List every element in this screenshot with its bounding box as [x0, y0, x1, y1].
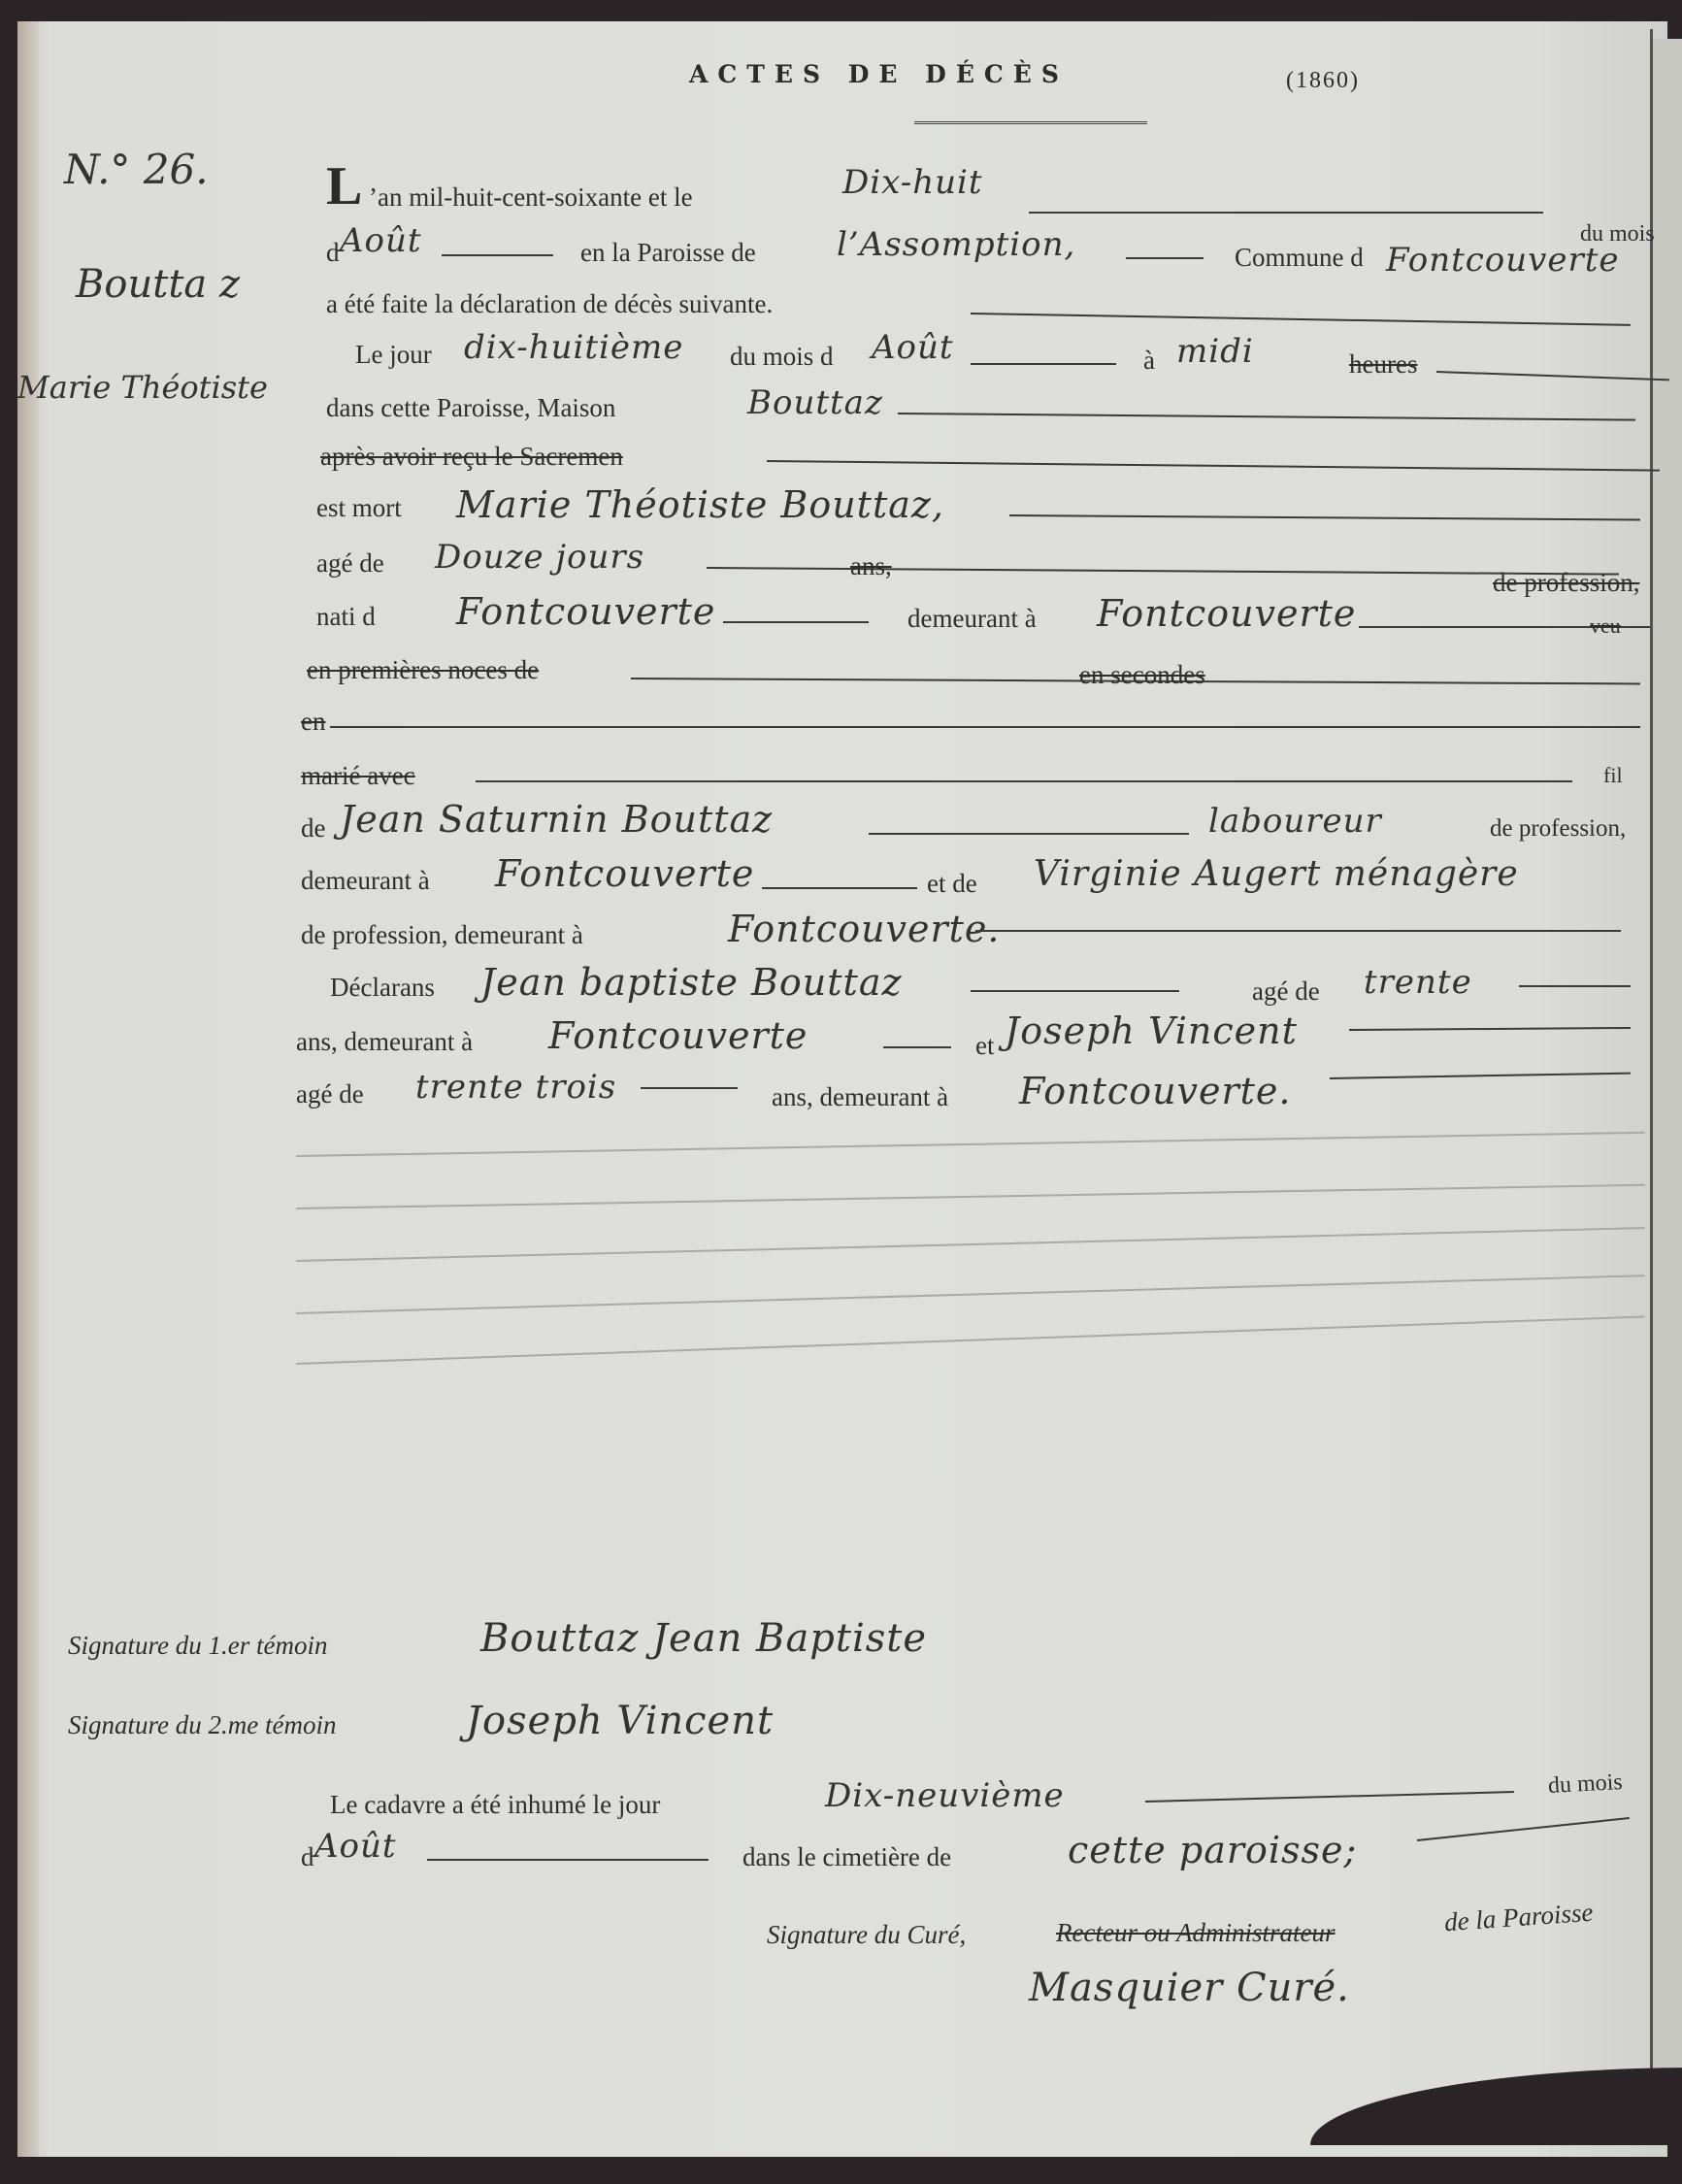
margin-given-names: Marie Théotiste: [17, 369, 268, 406]
burial-label: Le cadavre a été inhumé le jour: [330, 1790, 660, 1820]
hand-father-residing: Fontcouverte: [495, 852, 754, 895]
father-residing-label: demeurant à: [301, 866, 430, 896]
fill-line: [971, 990, 1179, 992]
hand-declarant-2-residing: Fontcouverte.: [1019, 1070, 1292, 1112]
profession-label: de profession,: [1490, 815, 1626, 843]
hand-house: Bouttaz: [747, 383, 883, 422]
month-label: du mois d: [730, 342, 834, 372]
hand-time: midi: [1176, 332, 1254, 371]
hand-commune: Fontcouverte: [1386, 241, 1620, 280]
declarant-2-residing-label: ans, demeurant à: [772, 1082, 948, 1112]
declarant-2-age-label: agé de: [296, 1079, 364, 1109]
fill-line: [723, 621, 869, 623]
hours-label-struck: heures: [1349, 349, 1417, 380]
declarants-label: Déclarans: [330, 973, 435, 1003]
fill-line: [971, 363, 1116, 365]
commune-label: Commune d: [1235, 243, 1364, 273]
burial-du-mois: du mois: [1547, 1770, 1623, 1800]
declarant-1-age-label: agé de: [1252, 976, 1320, 1007]
and-label: et: [975, 1031, 995, 1061]
cure-label: Signature du Curé,: [767, 1920, 966, 1950]
mother-label: et de: [927, 869, 977, 899]
fill-line: [869, 833, 1189, 835]
fill-line: [330, 726, 1640, 728]
hand-deceased: Marie Théotiste Bouttaz,: [456, 483, 944, 526]
fill-line: [1029, 212, 1543, 214]
hand-declarant-2-age: trente trois: [415, 1068, 616, 1107]
residing-label: demeurant à: [907, 604, 1037, 634]
married-struck: marié avec: [301, 761, 415, 791]
age-label: agé de: [316, 548, 384, 579]
fill-line: [476, 780, 1572, 782]
witness-2-signature: Joseph Vincent: [466, 1699, 774, 1743]
hand-age: Douze jours: [435, 538, 644, 577]
en-struck: en: [301, 707, 325, 737]
fill-line: [1126, 257, 1204, 259]
witness-1-signature: Bouttaz Jean Baptiste: [480, 1616, 927, 1661]
fill-line: [442, 254, 553, 256]
parish-label: en la Paroisse de: [580, 238, 756, 268]
father-label: de: [301, 813, 325, 844]
intro-de: d: [326, 238, 340, 268]
hand-parish: l’Assomption,: [837, 225, 1075, 264]
native-label: nati d: [316, 602, 376, 632]
hand-day: Dix-huit: [842, 163, 983, 202]
act-number: N.° 26.: [64, 146, 209, 193]
hand-residing: Fontcouverte: [1097, 592, 1356, 635]
burial-de: d: [301, 1842, 314, 1872]
register-title: ACTES DE DÉCÈS: [689, 60, 1069, 88]
fill-line: [641, 1087, 738, 1089]
witness-2-label: Signature du 2.me témoin: [68, 1710, 336, 1740]
ans-struck: ans,: [850, 551, 892, 581]
hand-declarant-1-residing: Fontcouverte: [548, 1014, 808, 1057]
register-year: (1860): [1286, 68, 1360, 94]
cemetery-label: dans le cimetière de: [742, 1842, 951, 1872]
child-label: fil: [1603, 763, 1623, 788]
at-label: à: [1143, 346, 1155, 376]
sacrament-struck: après avoir reçu le Sacremen: [320, 442, 623, 472]
mother-profession-label: de profession, demeurant à: [301, 920, 583, 950]
fill-line: [975, 930, 1621, 932]
hand-mother-residing: Fontcouverte.: [728, 908, 1001, 950]
hand-declarant-1-age: trente: [1364, 963, 1472, 1002]
hand-burial-month: Août: [314, 1827, 397, 1866]
house-label: dans cette Paroisse, Maison: [326, 393, 615, 423]
hand-burial-day: Dix-neuvième: [825, 1776, 1065, 1815]
hand-father: Jean Saturnin Bouttaz: [340, 798, 773, 841]
widow-struck: veu: [1590, 613, 1621, 639]
intro-line1: ’an mil-huit-cent-soixante et le: [369, 182, 693, 213]
cure-struck: Recteur ou Administrateur: [1056, 1918, 1335, 1948]
fill-line: [762, 887, 917, 889]
hand-month: Août: [340, 221, 422, 260]
hand-cemetery: cette paroisse;: [1068, 1829, 1357, 1871]
witness-1-label: Signature du 1.er témoin: [68, 1631, 327, 1661]
page-edge: [17, 21, 39, 2157]
drop-cap: L: [326, 155, 362, 217]
second-marriage-struck: en secondes: [1079, 660, 1205, 690]
hand-father-profession: laboureur: [1208, 802, 1382, 841]
day-label: Le jour: [355, 340, 432, 370]
hand-native: Fontcouverte: [456, 590, 715, 633]
first-marriage-struck: en premières noces de: [307, 655, 539, 685]
declarant-1-residing-label: ans, demeurant à: [296, 1027, 473, 1057]
profession-struck: de profession,: [1493, 568, 1639, 598]
margin-surname: Boutta z: [76, 262, 240, 307]
hand-death-day: dix-huitième: [464, 328, 683, 367]
hand-declarant-2: Joseph Vincent: [1005, 1009, 1298, 1052]
hand-death-month: Août: [872, 328, 954, 367]
hand-declarant-1: Jean baptiste Bouttaz: [480, 961, 903, 1004]
fill-line: [427, 1859, 709, 1861]
fill-line: [1519, 985, 1631, 987]
intro-line3: a été faite la déclaration de décès suiv…: [326, 289, 773, 319]
cure-signature: Masquier Curé.: [1029, 1966, 1350, 2010]
deceased-label: est mort: [316, 493, 402, 523]
fill-line: [883, 1046, 951, 1048]
hand-mother: Virginie Augert ménagère: [1034, 854, 1519, 894]
title-underline: [914, 121, 1147, 124]
next-page-edge: [1653, 39, 1682, 2116]
